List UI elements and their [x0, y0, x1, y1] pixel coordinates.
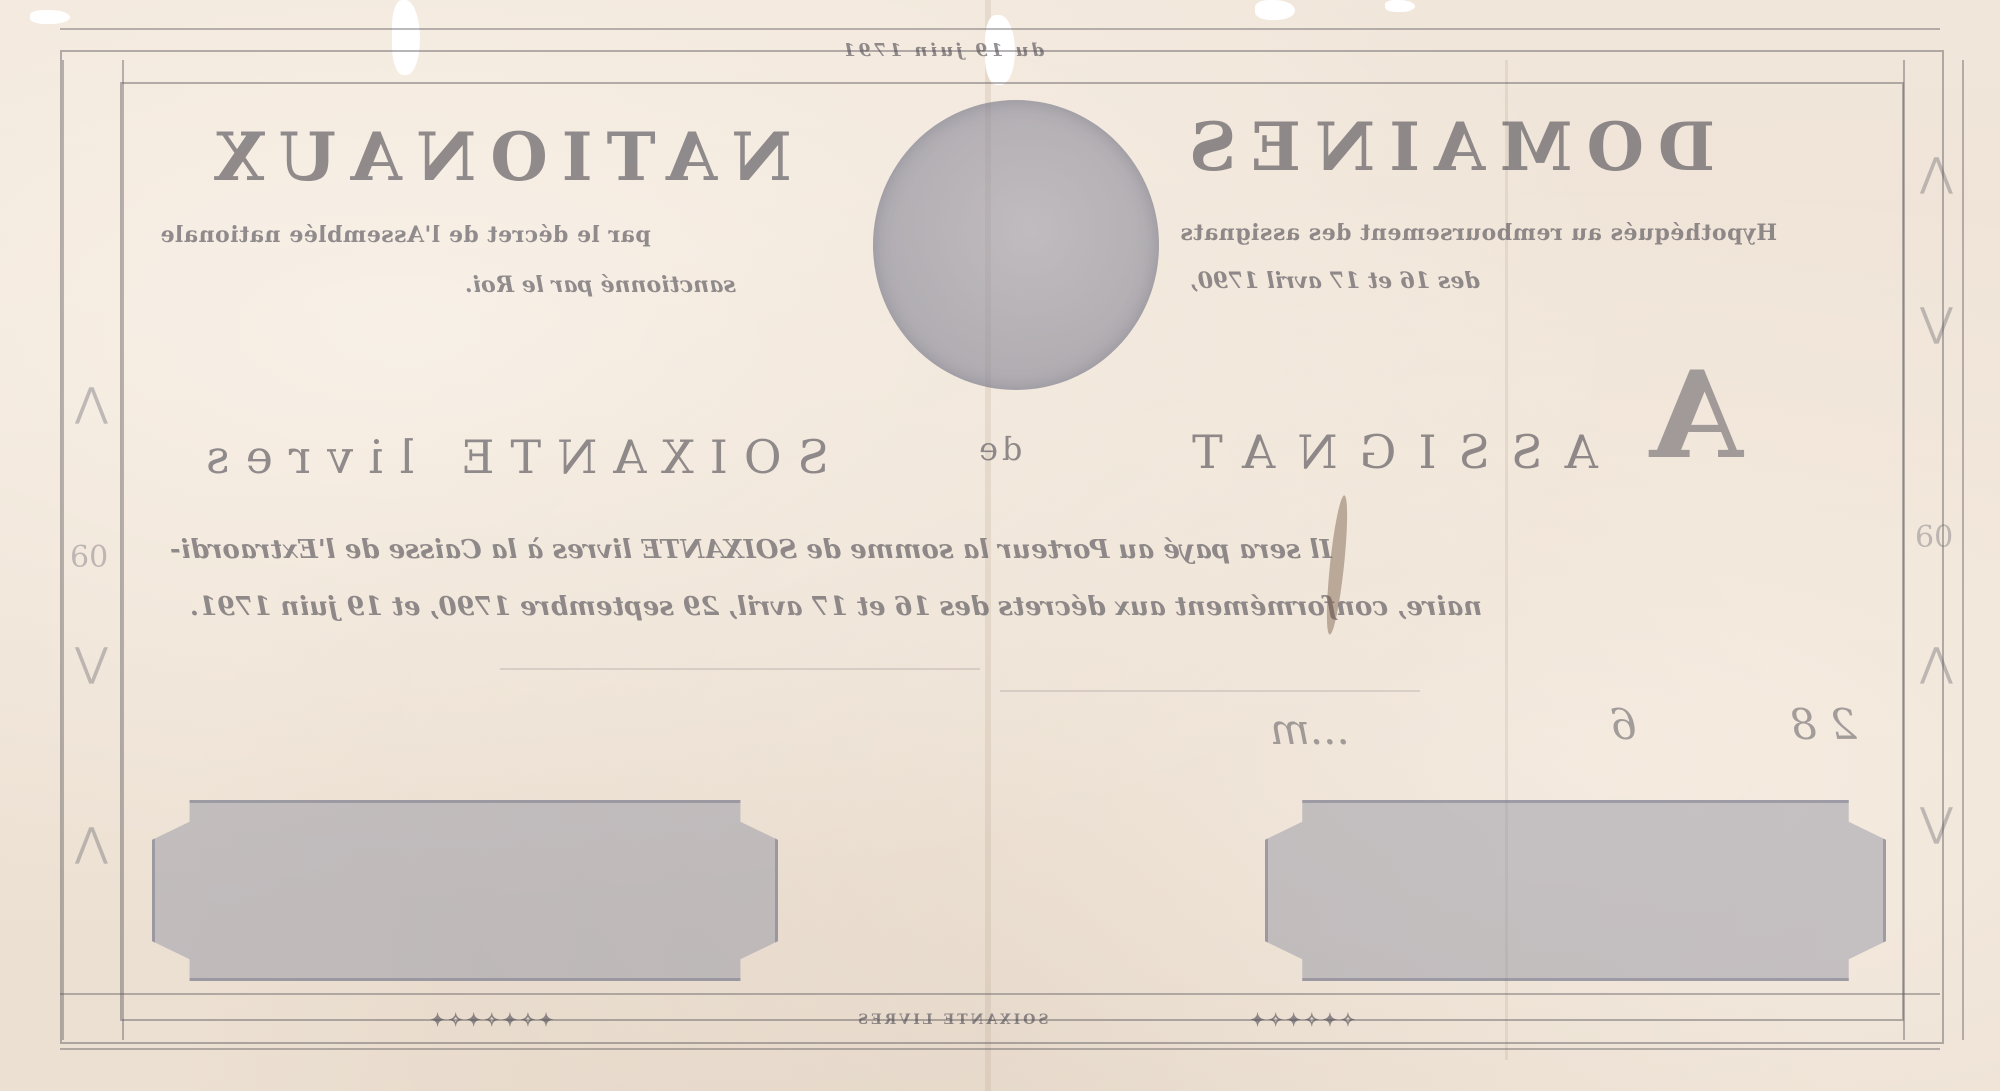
- border-numeral: 60: [70, 540, 108, 575]
- assignat-word: ASSIGNAT: [1170, 425, 1598, 479]
- king-portrait-medallion: [873, 100, 1159, 390]
- header-line1-left: par le décret de l'Assemblée nationale: [160, 222, 651, 248]
- bottom-strip-value: SOIXANTE LIVRES: [855, 1012, 1049, 1028]
- left-ornamental-cartouche: [152, 800, 778, 981]
- paper-tear: [1385, 0, 1415, 12]
- body-line2: naire, conformément aux décrets des 16 e…: [190, 592, 1482, 622]
- border-ornament-icon: ⋀: [75, 380, 108, 426]
- assignat-value: SOIXANTE livres: [190, 430, 829, 484]
- bottom-strip-top: [60, 993, 1940, 995]
- bottom-strip-ornament-icon: ✦✧✦✧✦✧: [1250, 1010, 1359, 1031]
- top-strip-date: du 19 juin 1791: [840, 40, 1044, 61]
- border-ornament-icon: ⋀: [1920, 150, 1953, 196]
- serial-signature: ...m: [1270, 705, 1350, 754]
- header-nationaux: NATIONAUX: [200, 118, 792, 196]
- right-ornamental-cartouche: [1265, 800, 1886, 981]
- paper-tear: [1255, 0, 1295, 20]
- border-ornament-icon: ⋁: [1920, 800, 1953, 846]
- border-numeral: 60: [1915, 520, 1953, 555]
- banknote-paper: ⋀ 60 ⋁ ⋀ ⋀ ⋁ 60 ⋀ ⋁ du 19 juin 1791 DOMA…: [0, 0, 2000, 1091]
- right-border-line-outer: [1962, 60, 1964, 1040]
- border-ornament-icon: ⋁: [1920, 300, 1953, 346]
- assignat-initial: A: [1650, 345, 1743, 486]
- border-ornament-icon: ⋀: [1920, 640, 1953, 686]
- assignat-connector: de: [975, 430, 1022, 468]
- left-border-line-inner: [122, 60, 124, 1040]
- right-border-line: [1903, 60, 1905, 1040]
- header-domaines: DOMAINES: [1175, 108, 1715, 186]
- header-line2-left: sanctionné par le Roi.: [465, 272, 736, 298]
- top-strip-line: [60, 28, 1940, 30]
- header-line2-right: des 16 et 17 avril 1790,: [1190, 268, 1480, 294]
- serial-series: 2 8: [1790, 700, 1857, 749]
- signature-line: [500, 668, 980, 670]
- border-ornament-icon: ⋁: [75, 640, 108, 686]
- paper-tear: [30, 10, 70, 24]
- left-border-line: [62, 60, 64, 1040]
- serial-number: 6: [1610, 700, 1637, 749]
- bottom-strip-line: [60, 1048, 1940, 1050]
- header-line1-right: Hypothéqués au remboursement des assigna…: [1180, 220, 1777, 246]
- border-ornament-icon: ⋀: [75, 820, 108, 866]
- signature-line: [1000, 690, 1420, 692]
- body-line1: Il sera payé au Porteur la somme de SOIX…: [170, 535, 1332, 565]
- bottom-strip-ornament-icon: ✦✧✦✧✦✧✦: [430, 1010, 557, 1031]
